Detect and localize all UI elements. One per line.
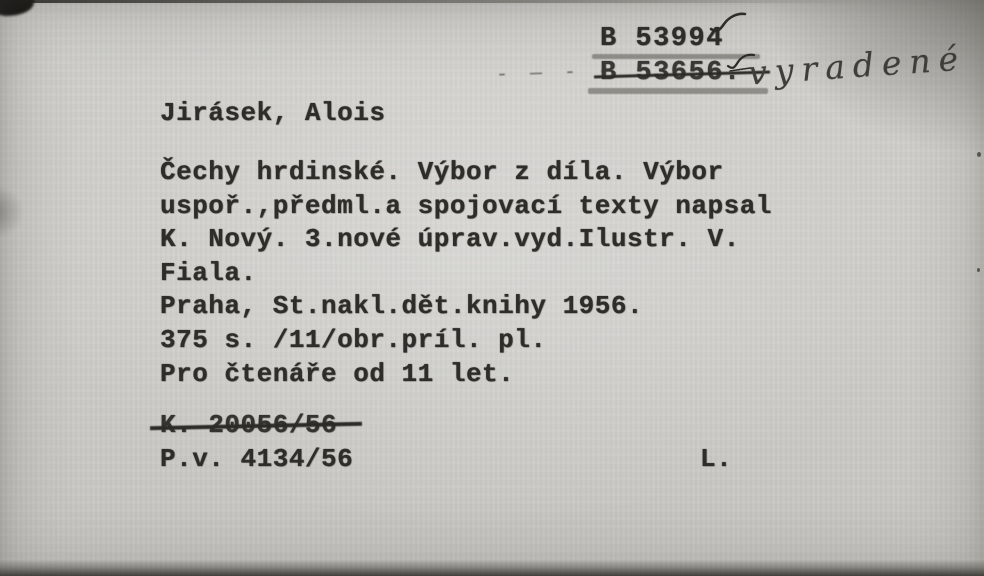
paper-speck — [977, 152, 981, 157]
footer-registry-number: P.v. 4134/56 — [160, 444, 353, 474]
paper-corner-blot — [0, 0, 34, 16]
footer-cataloguer-mark: L. — [700, 444, 732, 474]
bib-line-audience: Pro čtenáře od 11 let. — [160, 358, 772, 392]
paper-edge-bottom — [0, 560, 984, 576]
bib-line-title: Čechy hrdinské. Výbor z díla. Výbor — [160, 156, 772, 190]
catalog-card: B 53994 - — - - B 53656. vyradené Jiráse… — [0, 0, 984, 576]
pencil-dashes: - — - - — [496, 60, 616, 87]
bib-line-illustrator: Fiala. — [160, 257, 772, 291]
accession-number-current: B 53994 — [600, 24, 724, 54]
bib-line-imprint: Praha, St.nakl.dět.knihy 1956. — [160, 290, 772, 324]
paper-smudge-left — [0, 186, 22, 238]
author-heading: Jirásek, Alois — [160, 98, 385, 128]
paper-speck — [977, 268, 980, 272]
paper-edge-top — [0, 0, 984, 3]
withdrawal-note: vyradené — [747, 38, 967, 92]
pencil-underline — [588, 88, 768, 94]
bib-line-statement: uspoř.,předml.a spojovací texty napsal — [160, 190, 772, 224]
bib-line-editor: K. Nový. 3.nové úprav.vyd.Ilustr. V. — [160, 223, 772, 257]
bib-line-collation: 375 s. /11/obr.príl. pl. — [160, 324, 772, 358]
bibliographic-description: Čechy hrdinské. Výbor z díla. Výbor uspo… — [160, 156, 772, 391]
checkmark-icon — [708, 12, 748, 38]
